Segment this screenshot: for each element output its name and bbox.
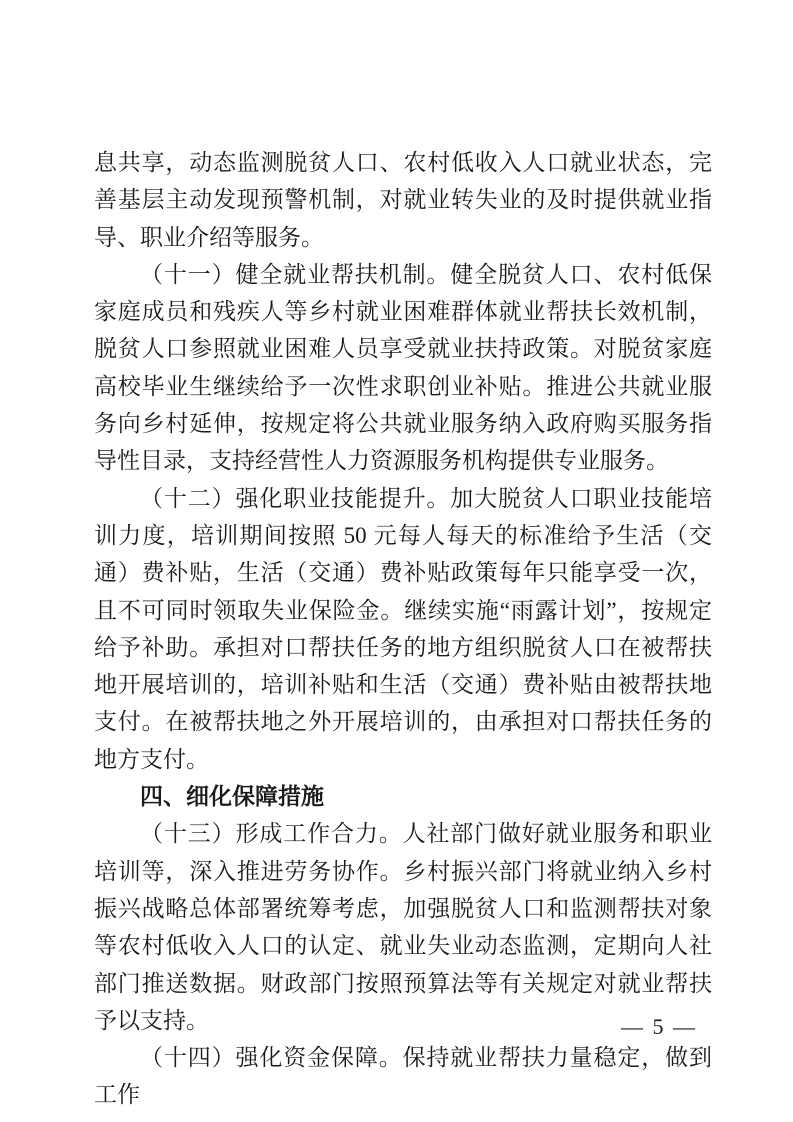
paragraph-item-14: （十四）强化资金保障。保持就业帮扶力量稳定，做到工作 [94, 1039, 712, 1114]
document-body: 息共享，动态监测脱贫人口、农村低收入人口就业状态，完善基层主动发现预警机制，对就… [94, 144, 712, 1114]
page-number: — 5 — [621, 1014, 697, 1040]
section-heading-4: 四、细化保障措施 [94, 778, 712, 815]
paragraph-item-11: （十一）健全就业帮扶机制。健全脱贫人口、农村低保家庭成员和残疾人等乡村就业困难群… [94, 256, 712, 480]
paragraph-item-12: （十二）强化职业技能提升。加大脱贫人口职业技能培训力度，培训期间按照 50 元每… [94, 480, 712, 778]
paragraph-continuation: 息共享，动态监测脱贫人口、农村低收入人口就业状态，完善基层主动发现预警机制，对就… [94, 144, 712, 256]
document-page: 息共享，动态监测脱贫人口、农村低收入人口就业状态，完善基层主动发现预警机制，对就… [0, 0, 793, 1122]
paragraph-item-13: （十三）形成工作合力。人社部门做好就业服务和职业培训等，深入推进劳务协作。乡村振… [94, 815, 712, 1039]
